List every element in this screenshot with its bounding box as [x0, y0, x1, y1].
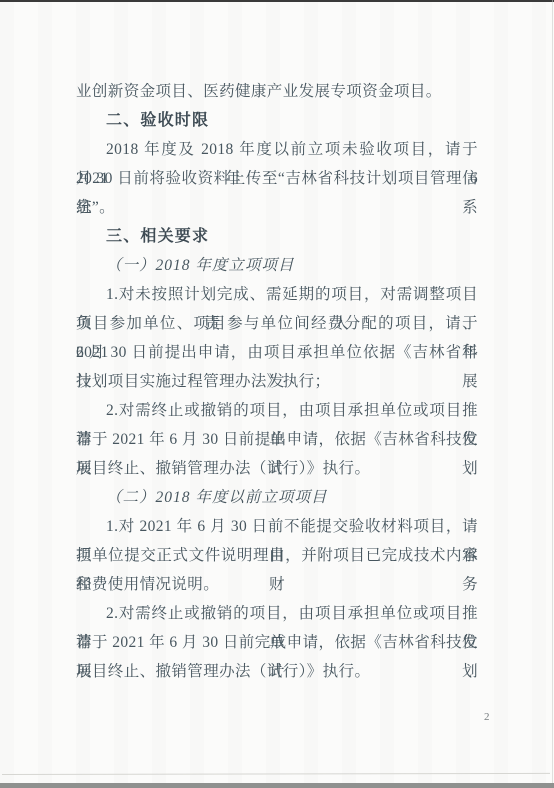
document-line: 6 月 30 日前提出申请，由项目承担单位依据《吉林省科技发展	[76, 338, 478, 367]
section-heading: 三、相关要求	[76, 222, 478, 251]
document-line: 请于 2021 年 6 月 30 日前提出申请，依据《吉林省科技发展计划	[76, 425, 478, 454]
scan-right-edge	[552, 0, 553, 788]
document-line: 1.对未按照计划完成、需延期的项目，对需调整项目负责人、	[76, 280, 478, 309]
document-line: 2.对需终止或撤销的项目，由项目承担单位或项目推荐单位	[76, 599, 478, 628]
scan-top-edge	[0, 0, 554, 2]
scan-bottom-line	[2, 773, 550, 775]
scan-bottom-strip	[0, 783, 554, 788]
document-line: 2.对需终止或撤销的项目，由项目承担单位或项目推荐单位	[76, 396, 478, 425]
page-number: 2	[484, 711, 490, 723]
section-heading: 二、验收时限	[76, 106, 478, 135]
document-line: （一）2018 年度立项项目	[76, 251, 478, 280]
document-line: 月 30 日前将验收资料上传至“吉林省科技计划项目管理信息系	[76, 164, 478, 193]
document-line: 担单位提交正式文件说明理由，并附项目已完成技术内容和财务	[76, 541, 478, 570]
document-body: 业创新资金项目、医药健康产业发展专项资金项目。二、验收时限2018 年度及 20…	[76, 77, 478, 686]
document-line: 1.对 2021 年 6 月 30 日前不能提交验收材料项目，请项目承	[76, 512, 478, 541]
document-line: 请于 2021 年 6 月 30 日前完成申请，依据《吉林省科技发展计划	[76, 628, 478, 657]
document-line: 项目参加单位、项目参与单位间经费分配的项目，请于 2021 年	[76, 309, 478, 338]
document-line: 2018 年度及 2018 年度以前立项未验收项目，请于 2021 年 6	[76, 135, 478, 164]
document-line: （二）2018 年度以前立项项目	[76, 483, 478, 512]
scanned-document-page: 业创新资金项目、医药健康产业发展专项资金项目。二、验收时限2018 年度及 20…	[0, 0, 554, 788]
document-line: 业创新资金项目、医药健康产业发展专项资金项目。	[76, 77, 478, 106]
